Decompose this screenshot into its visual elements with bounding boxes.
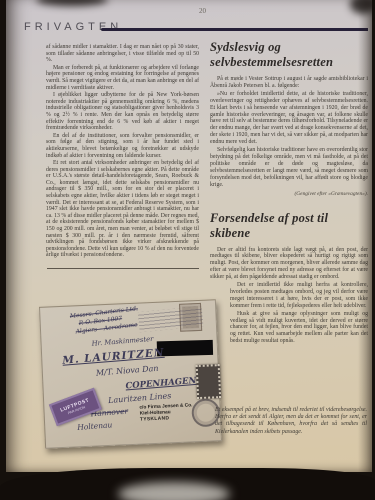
paragraph: På et møde i Vester Sottrup i august i å… (210, 76, 368, 90)
handwritten-ship-name: M/T. Niova Dan (96, 364, 159, 378)
handwritten-recipient: Hr. Maskinmester (91, 335, 153, 348)
paragraph: I øjeblikket ligger udbytterne for de på… (46, 92, 199, 132)
arrival-stamp (196, 364, 221, 399)
right-column: Sydslesvig og selvbestemmelsesretten På … (210, 40, 368, 346)
paragraph: Selvfølgelig kan historiske traditioner … (210, 147, 368, 188)
paragraph: Husk at give så mange oplysninger som mu… (210, 311, 368, 346)
paragraph: Der er altid fra kontorets side lagt væg… (210, 247, 368, 282)
paragraph: Det er imidlertid ikke muligt herfra at … (210, 282, 368, 310)
top-shadow-blob (36, 0, 108, 6)
photo-caption: Et eksempel på et brev, indsendt til red… (215, 407, 367, 436)
page-edge-shadow (358, 0, 372, 472)
handwritten-city: COPENHAGEN (125, 376, 197, 392)
article-title-post: Forsendelse af post til skibene (210, 211, 368, 241)
left-column: af sådanne midler i stamaktier. I dag er… (46, 44, 199, 277)
forwarding-address: c/o Firma Jensen & Co. Kiel-Holtenau TYS… (139, 403, 193, 423)
article-attribution: (Gengivet efter »Grænsevagten«). (210, 191, 368, 197)
header-rule (101, 28, 368, 31)
handwritten-shipping-line: Lauritzen Lines (108, 391, 172, 405)
masthead-title: FRIVAGTEN (24, 21, 122, 33)
censor-redaction-bar (157, 340, 213, 356)
magazine-page-photo: { "header": { "masthead": "FRIVAGTEN", "… (0, 0, 375, 500)
paragraph: Et ret stort antal virksomheder anbringe… (46, 160, 199, 259)
airmail-label: LUFTPOST PAR AVION (49, 388, 102, 426)
paragraph: »Nu er forholdet imidlertid dette, at de… (210, 91, 368, 146)
paragraph: af sådanne midler i stamaktier. I dag er… (46, 44, 199, 64)
photo-background-bottom (0, 468, 375, 500)
crossed-out-address: Messrs. Charteris Ltd. P. O. Box 1097 Al… (70, 305, 141, 337)
paragraph: En del af de institutioner, som forvalte… (46, 133, 199, 159)
envelope-photo: Messrs. Charteris Ltd. P. O. Box 1097 Al… (39, 299, 222, 449)
background-highlight-blob (118, 482, 230, 500)
article-title-sydslesvig: Sydslesvig og selvbestemmelsesretten (210, 40, 368, 70)
paragraph: Man er forberedt på, at funktionærer og … (46, 65, 199, 91)
handwritten-annotation: Holtenau (77, 420, 113, 432)
printed-page: 20 FRIVAGTEN af sådanne midler i stamakt… (6, 0, 372, 472)
page-number: 20 (199, 7, 206, 15)
forwarding-address-line: TYSKLAND (140, 415, 193, 423)
section-divider-rule (47, 268, 199, 269)
